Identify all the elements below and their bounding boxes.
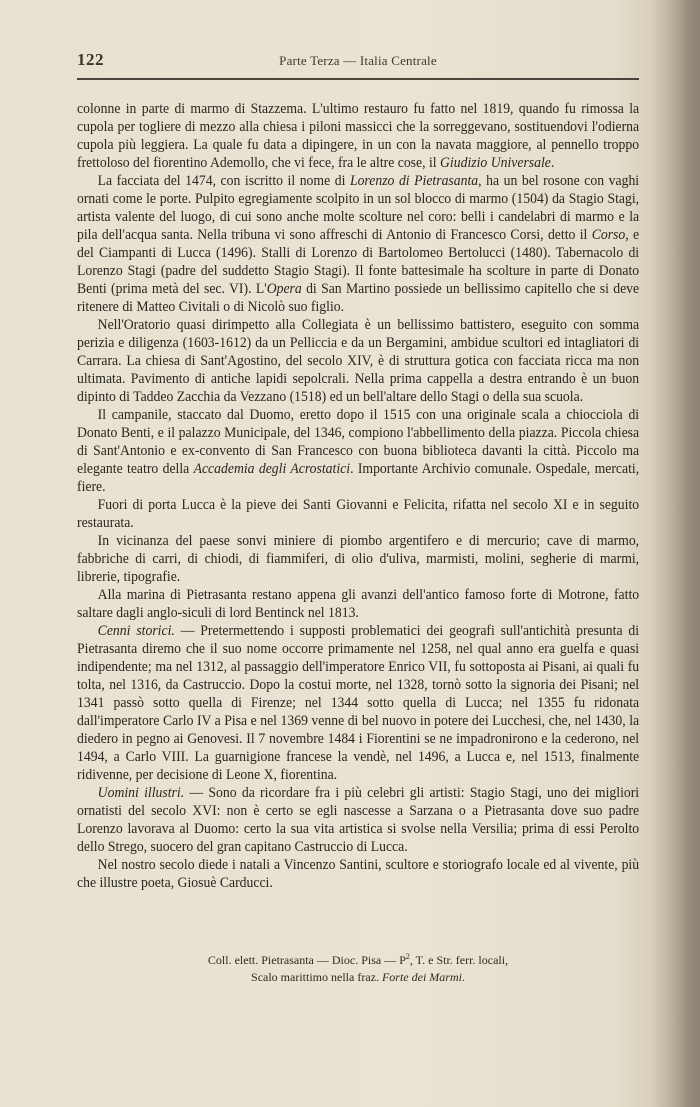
text-run: La facciata del 1474, con iscritto il no… xyxy=(98,173,350,189)
text-run: . xyxy=(551,155,554,171)
paragraph: Nel nostro secolo diede i natali a Vince… xyxy=(77,856,639,892)
header-rule xyxy=(77,78,639,80)
italic-text: Lorenzo di Pietrasanta xyxy=(350,173,478,189)
paragraph: colonne in parte di marmo di Stazzema. L… xyxy=(77,100,639,172)
book-page: 122 Parte Terza — Italia Centrale colonn… xyxy=(0,0,700,1107)
text-run: In vicinanza del paese sonvi miniere di … xyxy=(77,533,639,585)
italic-text: Corso xyxy=(592,227,626,243)
text-run: colonne in parte di marmo di Stazzema. L… xyxy=(77,101,639,171)
running-title: Parte Terza — Italia Centrale xyxy=(77,53,639,69)
footnote: Coll. elett. Pietrasanta — Dioc. Pisa — … xyxy=(77,952,639,986)
italic-text: Giudizio Universale xyxy=(440,155,551,171)
text-run: Nel nostro secolo diede i natali a Vince… xyxy=(77,857,639,891)
paragraph: Il campanile, staccato dal Duomo, eretto… xyxy=(77,406,639,496)
body-text: colonne in parte di marmo di Stazzema. L… xyxy=(77,100,639,892)
footnote-line-2: Scalo marittimo nella fraz. Forte dei Ma… xyxy=(77,969,639,986)
italic-text: Uomini illustri. xyxy=(98,785,184,801)
paragraph: Fuori di porta Lucca è la pieve dei Sant… xyxy=(77,496,639,532)
paragraph: La facciata del 1474, con iscritto il no… xyxy=(77,172,639,316)
footnote-line-1: Coll. elett. Pietrasanta — Dioc. Pisa — … xyxy=(77,952,639,969)
text-run: Fuori di porta Lucca è la pieve dei Sant… xyxy=(77,497,639,531)
paragraph: Cenni storici. — Pretermettendo i suppos… xyxy=(77,622,639,784)
page-header: 122 Parte Terza — Italia Centrale xyxy=(77,50,639,72)
paragraph: In vicinanza del paese sonvi miniere di … xyxy=(77,532,639,586)
place-name: Forte dei Marmi xyxy=(382,970,462,984)
paragraph: Alla marina di Pietrasanta restano appen… xyxy=(77,586,639,622)
italic-text: Cenni storici. xyxy=(98,623,175,639)
paragraph: Nell'Oratorio quasi dirimpetto alla Coll… xyxy=(77,316,639,406)
italic-text: Opera xyxy=(267,281,302,297)
text-run: Alla marina di Pietrasanta restano appen… xyxy=(77,587,639,621)
text-run: Nell'Oratorio quasi dirimpetto alla Coll… xyxy=(77,317,639,405)
italic-text: Accademia degli Acrostatici xyxy=(194,461,350,477)
text-run: — Pretermettendo i supposti problematici… xyxy=(77,623,639,783)
paragraph: Uomini illustri. — Sono da ricordare fra… xyxy=(77,784,639,856)
